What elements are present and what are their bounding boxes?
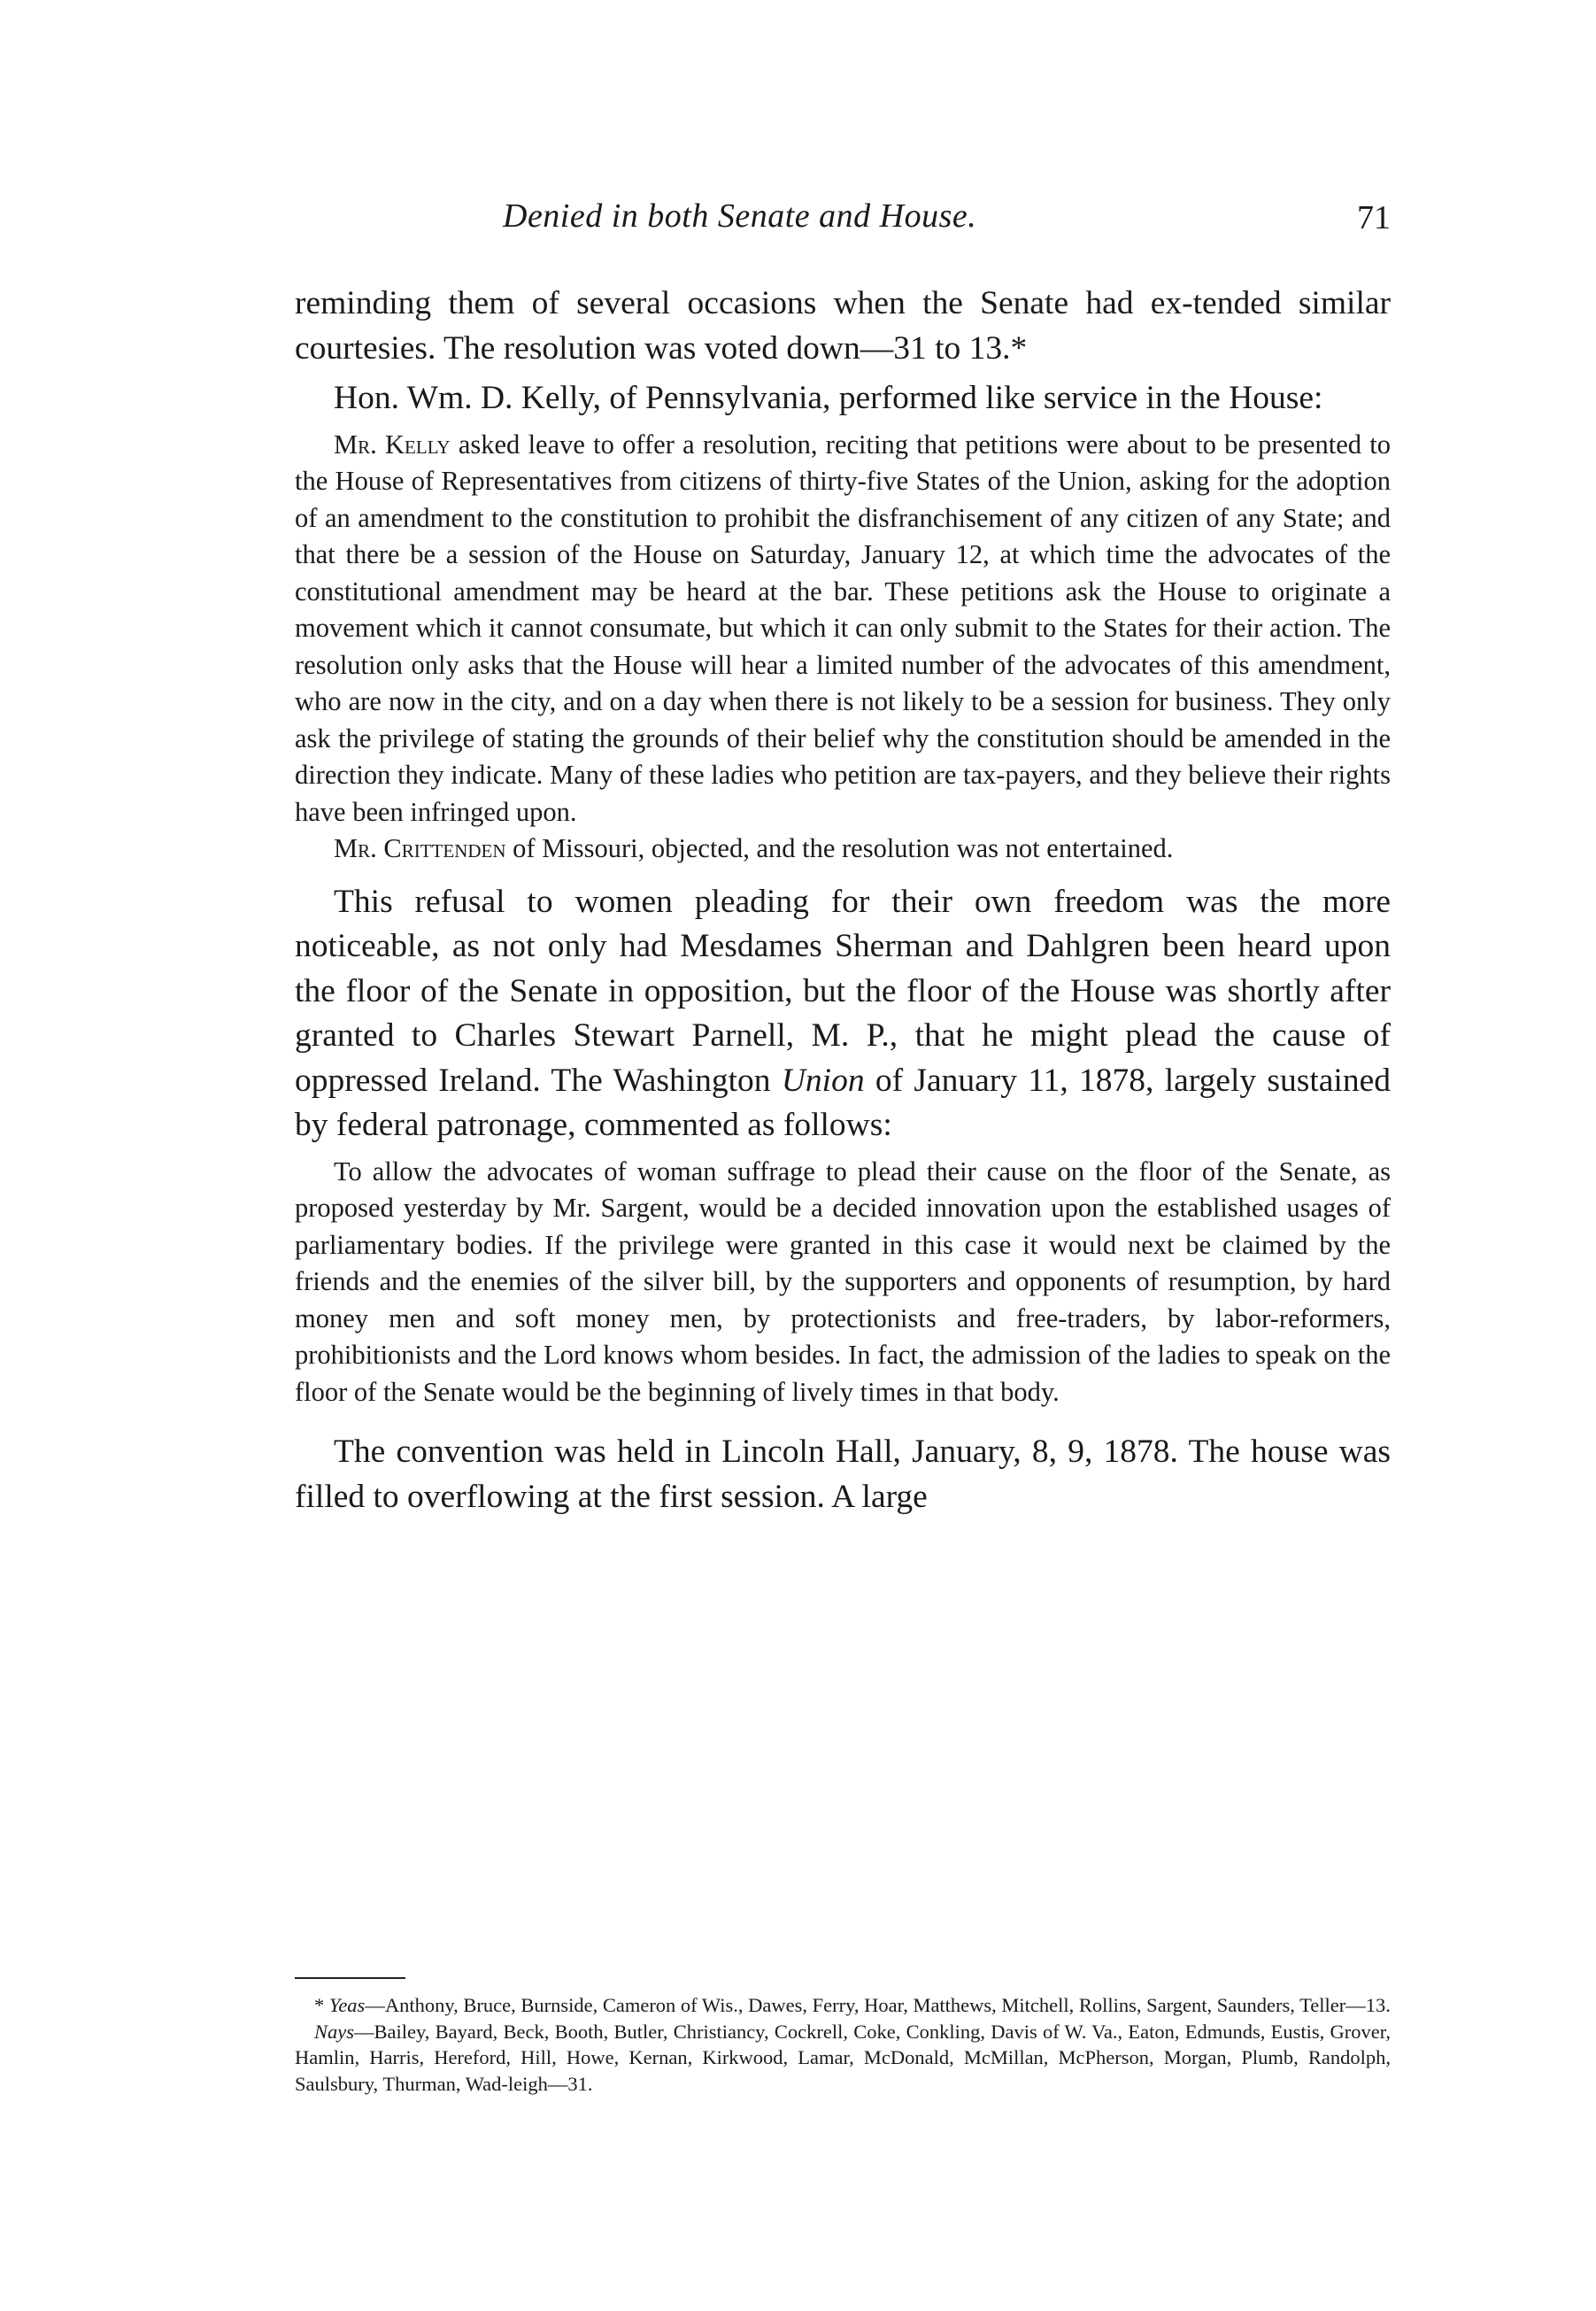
footnote-divider — [295, 1977, 405, 1979]
running-title: Denied in both Senate and House. — [503, 197, 976, 236]
quote-washington-union: To allow the advocates of woman suffrage… — [295, 1154, 1391, 1411]
paragraph-kelly-intro: Hon. Wm. D. Kelly, of Pennsylvania, perf… — [295, 376, 1391, 421]
footnote-nays: Nays—Bailey, Bayard, Beck, Booth, Butler… — [295, 2019, 1391, 2098]
footnote-yeas: * Yeas—Anthony, Bruce, Burnside, Cameron… — [295, 1992, 1391, 2019]
paragraph-convention: The convention was held in Lincoln Hall,… — [295, 1430, 1391, 1519]
footnote-text: —Bailey, Bayard, Beck, Booth, Butler, Ch… — [295, 2021, 1391, 2095]
footnotes: * Yeas—Anthony, Bruce, Burnside, Cameron… — [295, 1992, 1391, 2097]
body-text: reminding them of several occasions when… — [295, 282, 1391, 1519]
paragraph-resolution-vote: reminding them of several occasions when… — [295, 282, 1391, 371]
page-number: 71 — [1357, 198, 1391, 237]
paragraph-refusal: This refusal to women pleading for their… — [295, 880, 1391, 1148]
quote-text: of Missouri, objected, and the resolutio… — [506, 833, 1174, 863]
quote-crittenden-objection: Mr. Crittenden of Missouri, objected, an… — [295, 831, 1391, 868]
speaker-name: Mr. Kelly — [334, 429, 451, 460]
footnote-marker: * — [314, 1994, 329, 2016]
footnote-label: Nays — [314, 2021, 354, 2043]
quote-text: asked leave to offer a resolution, recit… — [295, 429, 1391, 827]
running-head: Denied in both Senate and House. 71 — [295, 197, 1391, 241]
footnote-text: —Anthony, Bruce, Burnside, Cameron of Wi… — [365, 1994, 1391, 2016]
newspaper-title: Union — [782, 1063, 865, 1099]
footnote-label: Yeas — [329, 1994, 365, 2016]
quote-kelly-resolution: Mr. Kelly asked leave to offer a resolut… — [295, 427, 1391, 831]
speaker-name: Mr. Crittenden — [334, 833, 506, 863]
